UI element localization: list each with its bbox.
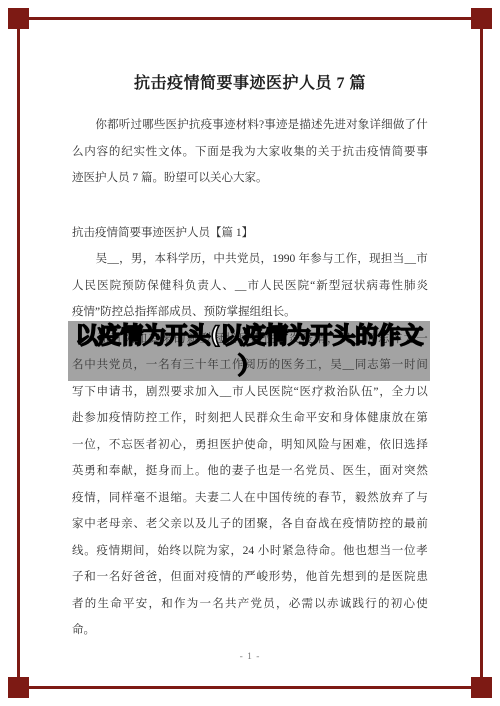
frame-corner-top-right [471,8,492,29]
watermark-banner-text-line1: 以疫情为开头(以疫情为开头的作文 [68,322,430,351]
text-line: 线。疫情期间，始终以院为家，24 小时紧急待命。他也想当一位孝 [72,538,428,565]
text-line: 英勇和奉献，挺身而上。他的妻子也是一名党员、医生，面对突然 [72,458,428,485]
section-paragraph-1: 吴__，男，本科学历，中共党员，1990 年参与工作，现担当__市 人民医院预防… [72,246,428,326]
frame-corner-top-left [8,8,29,29]
frame-edge-top [12,17,488,20]
frame-corner-bottom-left [8,677,29,698]
frame-edge-bottom [12,686,488,689]
text-line: 人民医院预防保健科负责人、__市人民医院“新型冠状病毒性肺炎 [72,273,428,300]
text-line: 你都听过哪些医护抗疫事迹材料?事迹是描述先进对象详细做了什 [72,112,428,139]
frame-edge-right [480,12,483,694]
watermark-banner-text-line2: ） [68,351,430,381]
frame-corner-bottom-right [471,677,492,698]
text-line: 赴参加疫情防控工作，时刻把人民群众生命平安和身体健康放在第 [72,405,428,432]
document-title: 抗击疫情简要事迹医护人员 7 篇 [72,70,428,98]
text-line: 命。 [72,617,428,644]
text-line: 迹医护人员 7 篇。盼望可以关心大家。 [72,165,428,192]
page-number: - 1 - [0,652,500,662]
text-line: 写下申请书，剧烈要求加入__市人民医院“医疗救治队伍”，全力以 [72,379,428,406]
frame-edge-left [17,12,20,694]
document-page: 抗击疫情简要事迹医护人员 7 篇 你都听过哪些医护抗疫事迹材料?事迹是描述先进对… [0,0,500,706]
watermark-banner: 以疫情为开头(以疫情为开头的作文 ） [68,321,430,381]
text-line: 家中老母亲、老父亲以及儿子的团聚，各自奋战在疫情防控的最前 [72,511,428,538]
text-line: 一位，不忘医者初心，勇担医护使命，明知风险与困难，依旧选择 [72,432,428,459]
text-line: 子和一名好爸爸，但面对疫情的严峻形势，他首先想到的是医院患 [72,564,428,591]
text-line: 吴__，男，本科学历，中共党员，1990 年参与工作，现担当__市 [72,246,428,273]
intro-paragraph: 你都听过哪些医护抗疫事迹材料?事迹是描述先进对象详细做了什 么内容的纪实性文体。… [72,112,428,192]
section-heading: 抗击疫情简要事迹医护人员【篇 1】 [72,220,428,247]
text-line: 者的生命平安，和作为一名共产党员，必需以赤诚践行的初心使 [72,591,428,618]
text-line: 么内容的纪实性文体。下面是我为大家收集的关于抗击疫情简要事 [72,139,428,166]
text-line: 疫情，同样毫不退缩。夫妻二人在中国传统的春节，毅然放弃了与 [72,485,428,512]
